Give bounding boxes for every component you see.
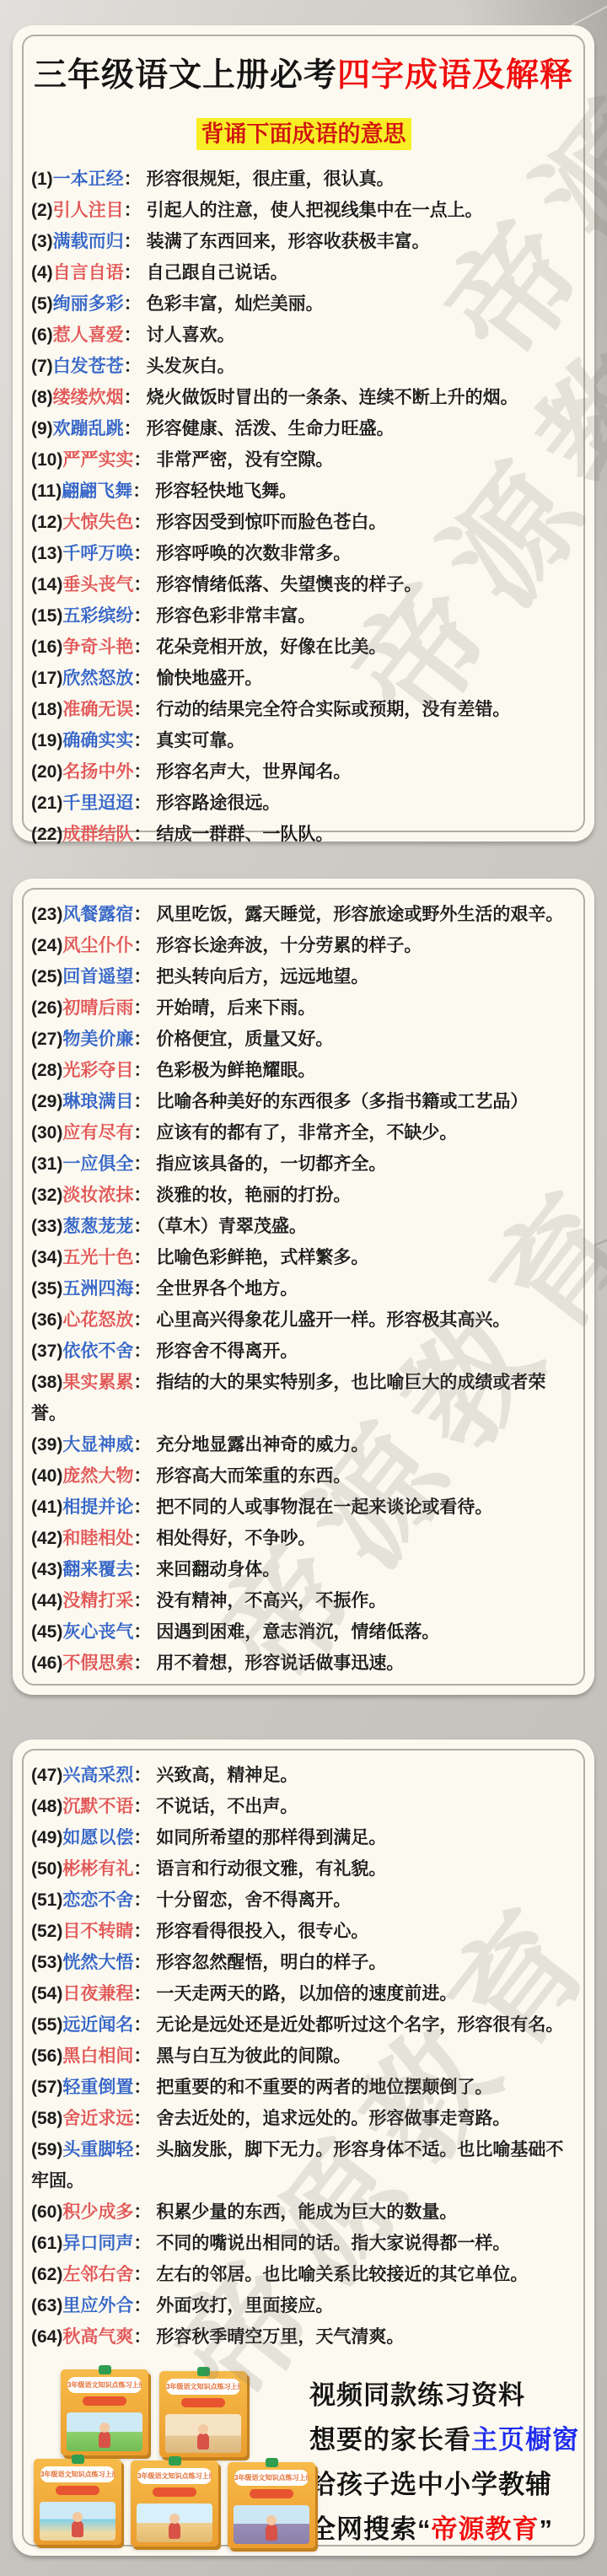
book-title-label: 3年级语文知识点练习上册: [40, 2466, 115, 2482]
entry-definition: （草木）青翠茂盛。: [156, 1217, 307, 1236]
entry-number: (3): [31, 232, 53, 251]
entry-number: (27): [31, 1030, 62, 1049]
book-subtitle-badge: [83, 2396, 126, 2406]
entry-colon: ：: [133, 1435, 151, 1455]
entry-definition: 引起人的注意，使人把视线集中在一点上。: [147, 201, 483, 220]
idiom-entry: (5)绚丽多彩：色彩丰富，灿烂美丽。: [31, 288, 576, 320]
promo-text: 视频同款练习资料想要的家长看主页橱窗给孩子选中小学教辅全网搜索“帝源教育”: [309, 2368, 579, 2541]
entry-number: (14): [31, 575, 62, 594]
entry-number: (61): [31, 2234, 62, 2253]
entry-colon: ：: [133, 1466, 151, 1486]
entry-idiom: 大惊失色: [62, 513, 133, 532]
entry-number: (63): [31, 2296, 62, 2315]
entry-idiom: 庞然大物: [62, 1466, 133, 1486]
entry-colon: ：: [133, 1797, 151, 1816]
book-title-label: 3年级语文知识点练习上册: [166, 2379, 240, 2395]
idiom-entry: (15)五彩缤纷：形容色彩非常丰富。: [31, 600, 576, 632]
idiom-entry: (55)远近闻名：无论是远处还是近处都听过这个名字，形容很有名。: [31, 2009, 576, 2041]
entry-colon: ：: [133, 2234, 151, 2253]
entry-definition: 心里高兴得象花儿盛开一样。形容极其高兴。: [156, 1310, 510, 1330]
book-subtitle-badge: [153, 2487, 196, 2497]
entry-colon: ：: [133, 1859, 151, 1879]
entry-idiom: 没精打采: [62, 1591, 133, 1611]
entry-idiom: 绚丽多彩: [53, 294, 124, 314]
idiom-entry: (10)严严实实：非常严密，没有空隙。: [31, 444, 576, 476]
workbook-cover: 3年级语文知识点练习上册: [159, 2371, 247, 2457]
entry-definition: 没有精神，不高兴，不振作。: [156, 1591, 386, 1611]
idiom-entry: (56)黑白相间：黑与白互为彼此的间隙。: [31, 2041, 576, 2072]
book-illustration: [67, 2412, 142, 2451]
idiom-entry: (30)应有尽有：应该有的都有了，非常齐全，不缺少。: [31, 1117, 576, 1148]
entry-definition: 指应该具备的，一切都齐全。: [156, 1154, 386, 1174]
entry-idiom: 舍近求远: [62, 2109, 133, 2128]
idiom-entry: (29)琳琅满目：比喻各种美好的东西很多（多指书籍或工艺品）: [31, 1086, 576, 1117]
entry-colon: ：: [133, 637, 151, 657]
entry-number: (54): [31, 1984, 62, 2003]
entry-colon: ：: [133, 825, 151, 844]
entry-number: (20): [31, 762, 62, 782]
entry-definition: 全世界各个地方。: [156, 1279, 298, 1299]
entry-definition: 形容轻快地飞舞。: [155, 481, 297, 501]
entry-colon: ：: [133, 1591, 151, 1611]
entry-colon: ：: [133, 1498, 151, 1517]
entry-colon: ：: [133, 575, 151, 594]
entry-colon: ：: [133, 2327, 151, 2347]
idiom-entry: (18)准确无误：行动的结果完全符合实际或预期，没有差错。: [31, 694, 576, 725]
entry-colon: ：: [133, 905, 151, 924]
entry-colon: ：: [124, 325, 142, 345]
idiom-entry: (6)惹人喜爱：讨人喜欢。: [31, 320, 576, 351]
idiom-entry: (37)依依不舍：形容舍不得离开。: [31, 1336, 576, 1367]
entry-idiom: 心花怒放: [62, 1310, 133, 1330]
entry-number: (7): [31, 357, 53, 376]
entry-colon: ：: [133, 1186, 151, 1205]
entry-colon: ：: [124, 169, 142, 189]
entry-definition: 开始晴，后来下雨。: [156, 998, 315, 1018]
idiom-card-2: (23)风餐露宿：风里吃饭，露天睡觉，形容旅途或野外生活的艰辛。(24)风尘仆仆…: [13, 879, 594, 1695]
entry-number: (2): [31, 201, 53, 220]
entry-definition: 一天走两天的路，以加倍的速度前进。: [156, 1984, 457, 2003]
entry-idiom: 左邻右舍: [62, 2265, 133, 2284]
entry-definition: 真实可靠。: [156, 731, 244, 750]
entry-colon: ：: [124, 232, 142, 251]
entry-colon: ：: [133, 544, 151, 563]
promo-line-segment: 帝源教育: [432, 2514, 540, 2544]
entry-idiom: 翩翩飞舞: [62, 481, 132, 501]
book-subtitle-badge: [181, 2398, 225, 2407]
entry-colon: ：: [133, 762, 151, 782]
entry-idiom: 满载而归: [53, 232, 124, 251]
entry-definition: 形容很规矩，很庄重，很认真。: [147, 169, 395, 189]
book-subtitle-badge: [56, 2486, 99, 2495]
entry-idiom: 五光十色: [62, 1248, 133, 1267]
entry-number: (11): [31, 481, 62, 501]
entry-number: (9): [31, 419, 53, 438]
entry-definition: 自己跟自己说话。: [147, 263, 288, 282]
entry-definition: 外面攻打，里面接应。: [156, 2296, 333, 2315]
entry-number: (37): [31, 1342, 62, 1361]
entry-number: (48): [31, 1797, 62, 1816]
entry-colon: ：: [124, 419, 142, 438]
entry-number: (36): [31, 1310, 62, 1330]
idiom-entry: (1)一本正经：形容很规矩，很庄重，很认真。: [31, 164, 576, 195]
entry-number: (57): [31, 2078, 62, 2097]
promo-line: 想要的家长看主页橱窗: [309, 2417, 579, 2462]
entry-definition: 烧火做饭时冒出的一条条、连续不断上升的烟。: [147, 388, 518, 407]
entry-definition: 装满了东西回来，形容收获极丰富。: [147, 232, 430, 251]
entry-number: (49): [31, 1828, 62, 1847]
entry-definition: 形容舍不得离开。: [156, 1342, 298, 1361]
entry-definition: 应该有的都有了，非常齐全，不缺少。: [156, 1123, 457, 1143]
idiom-entry: (11)翩翩飞舞：形容轻快地飞舞。: [31, 476, 576, 507]
idiom-entry: (23)风餐露宿：风里吃饭，露天睡觉，形容旅途或野外生活的艰辛。: [31, 899, 576, 930]
entry-number: (1): [31, 169, 53, 189]
entry-idiom: 日夜兼程: [62, 1984, 133, 2003]
page-background: { "page": { "title_black": "三年级语文上册必考", …: [0, 0, 607, 2576]
entry-number: (17): [31, 669, 62, 688]
book-character-illustration: [266, 2524, 277, 2541]
idiom-entry: (26)初晴后雨：开始晴，后来下雨。: [31, 992, 576, 1024]
entry-number: (29): [31, 1092, 62, 1111]
entry-definition: 无论是远处还是近处都听过这个名字，形容很有名。: [156, 2015, 563, 2035]
entry-idiom: 应有尽有: [62, 1123, 133, 1143]
entry-colon: ：: [133, 2140, 151, 2159]
idiom-entry: (17)欣然怒放：愉快地盛开。: [31, 663, 576, 694]
entry-idiom: 秋高气爽: [62, 2327, 133, 2347]
idiom-entry: (58)舍近求远：舍去近处的，追求远处的。形容做事走弯路。: [31, 2103, 576, 2134]
idiom-entry: (28)光彩夺目：色彩极为鲜艳耀眼。: [31, 1055, 576, 1086]
book-bookmark-icon: [266, 2458, 278, 2467]
page-title: 三年级语文上册必考四字成语及解释: [13, 56, 594, 96]
entry-idiom: 头重脚轻: [62, 2140, 133, 2159]
entry-colon: ：: [133, 936, 151, 955]
entry-colon: ：: [133, 1984, 151, 2003]
entry-definition: 色彩极为鲜艳耀眼。: [156, 1061, 315, 1080]
idiom-entry: (14)垂头丧气：形容情绪低落、失望懊丧的样子。: [31, 569, 576, 600]
idiom-entry: (13)千呼万唤：形容呼唤的次数非常多。: [31, 538, 576, 569]
idiom-entry: (46)不假思索：用不着想，形容说话做事迅速。: [31, 1648, 576, 1679]
entry-definition: 花朵竞相开放，好像在比美。: [156, 637, 386, 657]
entry-idiom: 恍然大悟: [62, 1953, 133, 1972]
entry-number: (10): [31, 450, 62, 470]
entry-number: (22): [31, 825, 62, 844]
entry-idiom: 引人注目: [53, 201, 124, 220]
entry-idiom: 垂头丧气: [62, 575, 133, 594]
idiom-entry: (3)满载而归：装满了东西回来，形容收获极丰富。: [31, 226, 576, 257]
idiom-entry: (63)里应外合：外面攻打，里面接应。: [31, 2290, 576, 2321]
entry-number: (60): [31, 2202, 62, 2222]
entry-number: (21): [31, 793, 62, 813]
idiom-entry: (27)物美价廉：价格便宜，质量又好。: [31, 1024, 576, 1055]
promo-line: 给孩子选中小学教辅: [309, 2462, 579, 2507]
idiom-entry: (24)风尘仆仆：形容长途奔波，十分劳累的样子。: [31, 930, 576, 961]
entry-colon: ：: [133, 1766, 151, 1785]
entry-colon: ：: [133, 1622, 151, 1642]
entry-definition: 形容呼唤的次数非常多。: [156, 544, 351, 563]
idiom-entry: (25)回首遥望：把头转向后方，远远地望。: [31, 961, 576, 992]
entry-definition: 形容健康、活泼、生命力旺盛。: [147, 419, 395, 438]
promo-line: 全网搜索“帝源教育”: [309, 2507, 579, 2552]
entry-colon: ：: [133, 606, 151, 626]
idiom-entry: (7)白发苍苍：头发灰白。: [31, 351, 576, 382]
idiom-entry: (22)成群结队：结成一群群、一队队。: [31, 819, 576, 850]
entry-definition: 把不同的人或事物混在一起来谈论或看待。: [156, 1498, 492, 1517]
book-bookmark-icon: [99, 2365, 111, 2374]
entry-colon: ：: [133, 1654, 151, 1673]
entry-number: (52): [31, 1922, 62, 1941]
entry-number: (19): [31, 731, 62, 750]
idiom-list-2: (23)风餐露宿：风里吃饭，露天睡觉，形容旅途或野外生活的艰辛。(24)风尘仆仆…: [13, 879, 594, 1679]
entry-colon: ：: [133, 793, 151, 813]
idiom-entry: (39)大显神威：充分地显露出神奇的威力。: [31, 1429, 576, 1460]
entry-idiom: 准确无误: [62, 700, 133, 719]
workbook-covers: 3年级语文知识点练习上册3年级语文知识点练习上册3年级语文知识点练习上册3年级语…: [31, 2368, 309, 2562]
entry-number: (39): [31, 1435, 62, 1455]
entry-colon: ：: [133, 2109, 151, 2128]
entry-definition: 形容看得很投入，很专心。: [156, 1922, 368, 1941]
entry-colon: ：: [132, 481, 150, 501]
entry-definition: 来回翻动身体。: [156, 1560, 280, 1579]
entry-definition: 头发灰白。: [147, 357, 235, 376]
entry-definition: 风里吃饭，露天睡觉，形容旅途或野外生活的艰辛。: [156, 905, 563, 924]
entry-idiom: 惹人喜爱: [53, 325, 124, 345]
entry-colon: ：: [133, 2078, 151, 2097]
idiom-entry: (8)缕缕炊烟：烧火做饭时冒出的一条条、连续不断上升的烟。: [31, 382, 576, 413]
entry-number: (12): [31, 513, 62, 532]
entry-idiom: 争奇斗艳: [62, 637, 133, 657]
book-title-label: 3年级语文知识点练习上册: [137, 2468, 212, 2484]
entry-definition: 左右的邻居。也比喻关系比较接近的其它单位。: [156, 2265, 528, 2284]
entry-number: (8): [31, 388, 53, 407]
idiom-entry: (35)五洲四海：全世界各个地方。: [31, 1273, 576, 1304]
entry-number: (34): [31, 1248, 62, 1267]
entry-idiom: 五彩缤纷: [62, 606, 133, 626]
entry-colon: ：: [133, 1373, 151, 1392]
promo-line-segment: 想要的家长看: [309, 2425, 471, 2455]
book-bookmark-icon: [72, 2455, 84, 2464]
entry-definition: 积累少量的东西，能成为巨大的数量。: [156, 2202, 457, 2222]
idiom-entry: (43)翻来覆去：来回翻动身体。: [31, 1554, 576, 1585]
entry-colon: ：: [133, 1217, 151, 1236]
entry-number: (30): [31, 1123, 62, 1143]
idiom-entry: (45)灰心丧气：因遇到困难，意志消沉，情绪低落。: [31, 1616, 576, 1648]
entry-number: (53): [31, 1953, 62, 1972]
entry-definition: 不同的嘴说出相同的话。指大家说得都一样。: [156, 2234, 510, 2253]
idiom-entry: (50)彬彬有礼：语言和行动很文雅，有礼貌。: [31, 1853, 576, 1885]
entry-definition: 用不着想，形容说话做事迅速。: [156, 1654, 404, 1673]
entry-definition: 比喻各种美好的东西很多（多指书籍或工艺品）: [156, 1092, 528, 1111]
entry-number: (46): [31, 1654, 62, 1673]
entry-number: (35): [31, 1279, 62, 1299]
entry-idiom: 光彩夺目: [62, 1061, 133, 1080]
entry-colon: ：: [124, 263, 142, 282]
entry-idiom: 初晴后雨: [62, 998, 133, 1018]
book-character-illustration: [197, 2433, 209, 2450]
entry-idiom: 兴高采烈: [62, 1766, 133, 1785]
entry-idiom: 相提并论: [62, 1498, 133, 1517]
card-header: 三年级语文上册必考四字成语及解释 背诵下面成语的意思: [13, 25, 594, 150]
idiom-entry: (31)一应俱全：指应该具备的，一切都齐全。: [31, 1148, 576, 1180]
entry-colon: ：: [133, 1529, 151, 1548]
entry-definition: 黑与白互为彼此的间隙。: [156, 2046, 351, 2066]
book-character-illustration: [169, 2522, 180, 2539]
entry-number: (15): [31, 606, 62, 626]
entry-idiom: 成群结队: [62, 825, 133, 844]
entry-definition: 行动的结果完全符合实际或预期，没有差错。: [156, 700, 510, 719]
idiom-entry: (21)千里迢迢：形容路途很远。: [31, 788, 576, 819]
entry-colon: ：: [133, 998, 151, 1018]
entry-definition: 把头转向后方，远远地望。: [156, 967, 368, 987]
entry-definition: 兴致高，精神足。: [156, 1766, 298, 1785]
idiom-entry: (38)果实累累：指结的大的果实特别多，也比喻巨大的成绩或者荣誉。: [31, 1367, 576, 1429]
entry-idiom: 风餐露宿: [62, 905, 133, 924]
entry-idiom: 五洲四海: [62, 1279, 133, 1299]
entry-idiom: 物美价廉: [62, 1030, 133, 1049]
promo-line-segment: 主页橱窗: [471, 2425, 579, 2455]
entry-idiom: 黑白相间: [62, 2046, 133, 2066]
idiom-card-1: 三年级语文上册必考四字成语及解释 背诵下面成语的意思 (1)一本正经：形容很规矩…: [13, 25, 594, 842]
entry-idiom: 自言自语: [53, 263, 124, 282]
book-subtitle-badge: [250, 2489, 293, 2498]
entry-colon: ：: [133, 700, 151, 719]
entry-idiom: 彬彬有礼: [62, 1859, 133, 1879]
entry-number: (62): [31, 2265, 62, 2284]
idiom-entry: (53)恍然大悟：形容忽然醒悟，明白的样子。: [31, 1947, 576, 1978]
entry-definition: 色彩丰富，灿烂美丽。: [147, 294, 324, 314]
book-illustration: [234, 2505, 309, 2544]
entry-number: (56): [31, 2046, 62, 2066]
entry-idiom: 沉默不语: [62, 1797, 133, 1816]
idiom-entry: (44)没精打采：没有精神，不高兴，不振作。: [31, 1585, 576, 1616]
entry-definition: 把重要的和不重要的两者的地位摆颠倒了。: [156, 2078, 492, 2097]
entry-number: (43): [31, 1560, 62, 1579]
entry-number: (45): [31, 1622, 62, 1642]
idiom-entry: (64)秋高气爽：形容秋季晴空万里，天气清爽。: [31, 2321, 576, 2353]
entry-colon: ：: [133, 669, 151, 688]
entry-definition: 比喻色彩鲜艳，式样繁多。: [156, 1248, 368, 1267]
idiom-entry: (41)相提并论：把不同的人或事物混在一起来谈论或看待。: [31, 1492, 576, 1523]
entry-idiom: 果实累累: [62, 1373, 133, 1392]
idiom-entry: (32)淡妆浓抹：淡雅的妆，艳丽的打扮。: [31, 1180, 576, 1211]
entry-definition: 形容高大而笨重的东西。: [156, 1466, 351, 1486]
entry-number: (44): [31, 1591, 62, 1611]
entry-colon: ：: [133, 1953, 151, 1972]
entry-definition: 形容因受到惊吓而脸色苍白。: [156, 513, 386, 532]
idiom-list-1: (1)一本正经：形容很规矩，很庄重，很认真。(2)引人注目：引起人的注意，使人把…: [13, 164, 594, 850]
entry-number: (31): [31, 1154, 62, 1174]
entry-idiom: 缕缕炊烟: [53, 388, 124, 407]
entry-definition: 如同所希望的那样得到满足。: [156, 1828, 386, 1847]
entry-number: (4): [31, 263, 53, 282]
book-illustration: [40, 2502, 115, 2541]
workbook-cover: 3年级语文知识点练习上册: [131, 2460, 218, 2546]
entry-number: (26): [31, 998, 62, 1018]
entry-number: (41): [31, 1498, 62, 1517]
entry-definition: 形容情绪低落、失望懊丧的样子。: [156, 575, 422, 594]
workbook-cover: 3年级语文知识点练习上册: [34, 2459, 121, 2545]
entry-colon: ：: [133, 1310, 151, 1330]
idiom-list-3: (47)兴高采烈：兴致高，精神足。(48)沉默不语：不说话，不出声。(49)如愿…: [13, 1740, 594, 2353]
entry-definition: 形容忽然醒悟，明白的样子。: [156, 1953, 386, 1972]
entry-idiom: 严严实实: [62, 450, 133, 470]
entry-colon: ：: [133, 1030, 151, 1049]
entry-idiom: 恋恋不舍: [62, 1890, 133, 1910]
entry-idiom: 轻重倒置: [62, 2078, 133, 2097]
entry-colon: ：: [133, 2015, 151, 2035]
entry-definition: 充分地显露出神奇的威力。: [156, 1435, 368, 1455]
book-character-illustration: [99, 2431, 110, 2448]
idiom-card-3: (47)兴高采烈：兴致高，精神足。(48)沉默不语：不说话，不出声。(49)如愿…: [13, 1740, 594, 2556]
entry-definition: 形容色彩非常丰富。: [156, 606, 315, 626]
entry-colon: ：: [124, 201, 142, 220]
entry-idiom: 一应俱全: [62, 1154, 133, 1174]
entry-idiom: 一本正经: [53, 169, 124, 189]
entry-number: (38): [31, 1373, 62, 1392]
entry-idiom: 欣然怒放: [62, 669, 133, 688]
book-illustration: [137, 2503, 212, 2542]
promo-line: 视频同款练习资料: [309, 2373, 579, 2417]
entry-number: (42): [31, 1529, 62, 1548]
entry-number: (18): [31, 700, 62, 719]
entry-definition: 语言和行动很文雅，有礼貌。: [156, 1859, 386, 1879]
entry-definition: 形容名声大，世界闻名。: [156, 762, 351, 782]
idiom-entry: (40)庞然大物：形容高大而笨重的东西。: [31, 1460, 576, 1492]
subtitle-highlight: 背诵下面成语的意思: [196, 118, 411, 150]
entry-definition: 因遇到困难，意志消沉，情绪低落。: [156, 1622, 439, 1642]
idiom-entry: (49)如愿以偿：如同所希望的那样得到满足。: [31, 1822, 576, 1853]
entry-colon: ：: [133, 2046, 151, 2066]
promo-line-segment: 视频同款练习资料: [309, 2380, 525, 2410]
entry-number: (33): [31, 1217, 62, 1236]
book-illustration: [165, 2414, 241, 2453]
entry-colon: ：: [133, 1123, 151, 1143]
entry-idiom: 确确实实: [62, 731, 133, 750]
idiom-entry: (54)日夜兼程：一天走两天的路，以加倍的速度前进。: [31, 1978, 576, 2009]
entry-colon: ：: [133, 513, 151, 532]
entry-definition: 价格便宜，质量又好。: [156, 1030, 333, 1049]
idiom-entry: (2)引人注目：引起人的注意，使人把视线集中在一点上。: [31, 195, 576, 226]
entry-definition: 淡雅的妆，艳丽的打扮。: [156, 1186, 351, 1205]
entry-definition: 形容秋季晴空万里，天气清爽。: [156, 2327, 404, 2347]
idiom-entry: (60)积少成多：积累少量的东西，能成为巨大的数量。: [31, 2197, 576, 2228]
workbook-cover: 3年级语文知识点练习上册: [61, 2369, 148, 2455]
entry-number: (55): [31, 2015, 62, 2035]
entry-idiom: 远近闻名: [62, 2015, 133, 2035]
entry-colon: ：: [133, 1154, 151, 1174]
entry-colon: ：: [133, 1342, 151, 1361]
entry-number: (28): [31, 1061, 62, 1080]
entry-colon: ：: [133, 731, 151, 750]
entry-idiom: 风尘仆仆: [62, 936, 133, 955]
entry-number: (58): [31, 2109, 62, 2128]
entry-number: (59): [31, 2140, 62, 2159]
entry-number: (40): [31, 1466, 62, 1486]
entry-number: (24): [31, 936, 62, 955]
entry-idiom: 依依不舍: [62, 1342, 133, 1361]
entry-number: (51): [31, 1890, 62, 1910]
entry-idiom: 和睦相处: [62, 1529, 133, 1548]
entry-idiom: 千里迢迢: [62, 793, 133, 813]
workbook-cover: 3年级语文知识点练习上册: [228, 2462, 315, 2548]
entry-idiom: 名扬中外: [62, 762, 133, 782]
book-bookmark-icon: [197, 2367, 210, 2376]
entry-idiom: 回首遥望: [62, 967, 133, 987]
idiom-entry: (34)五光十色：比喻色彩鲜艳，式样繁多。: [31, 1242, 576, 1273]
entry-idiom: 不假思索: [62, 1654, 133, 1673]
entry-colon: ：: [133, 1248, 151, 1267]
entry-idiom: 积少成多: [62, 2202, 133, 2222]
entry-definition: 非常严密，没有空隙。: [156, 450, 333, 470]
